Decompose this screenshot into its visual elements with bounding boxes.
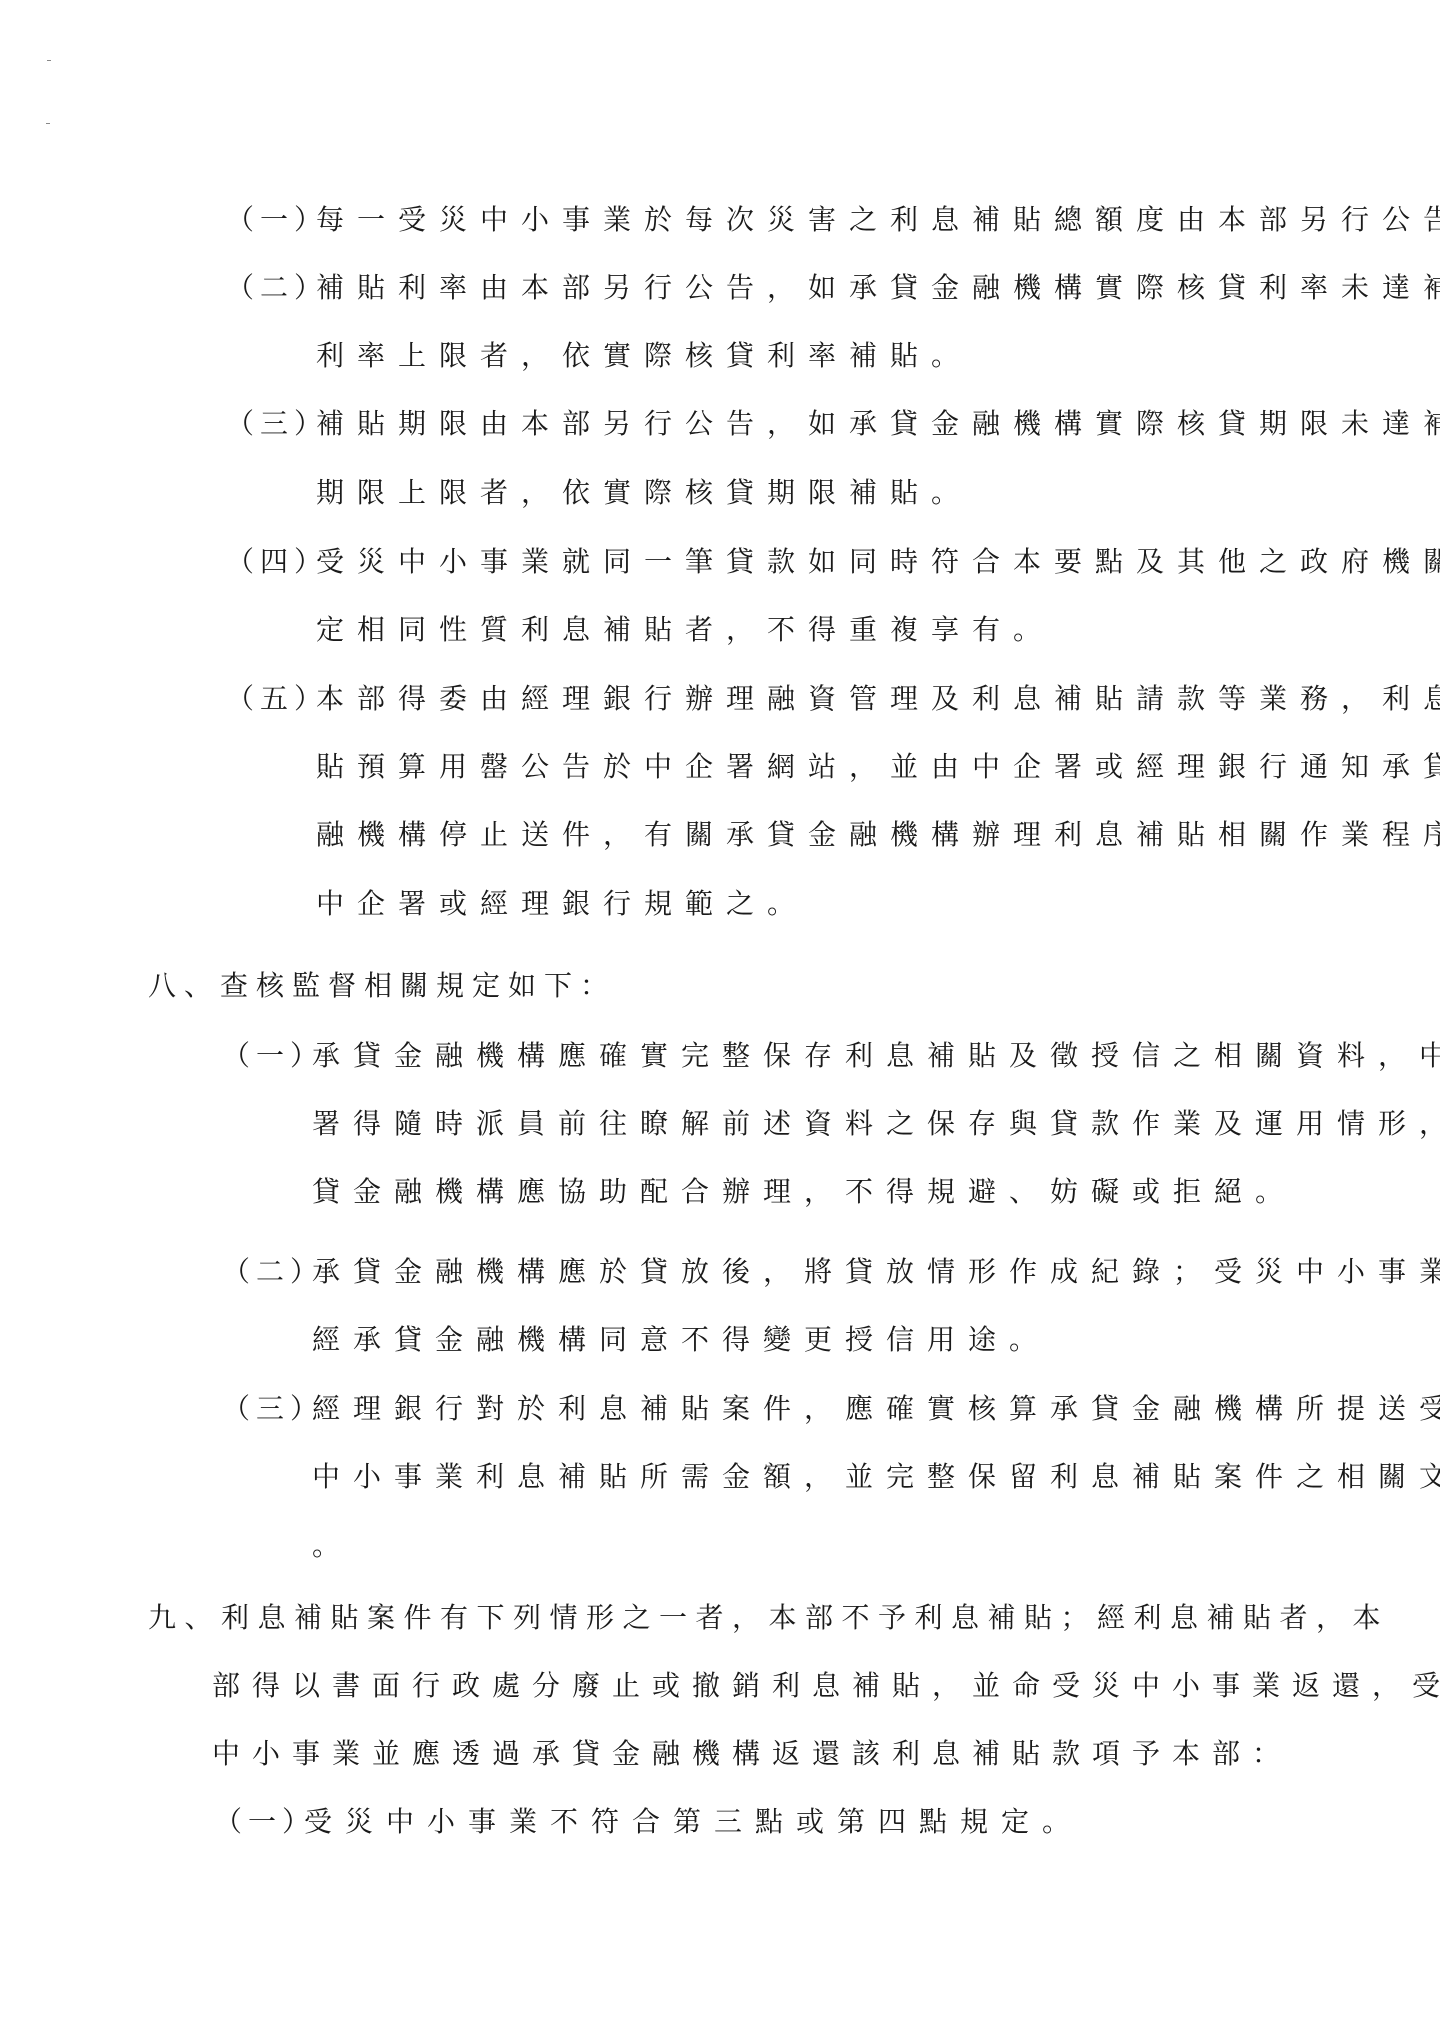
item-label: （二） xyxy=(222,1252,324,1292)
item-text: 受災中小事業不符合第三點或第四點規定。 xyxy=(304,1802,1083,1842)
item-text: 利率上限者，依實際核貸利率補貼。 xyxy=(316,336,972,376)
item-text: 經理銀行對於利息補貼案件，應確實核算承貸金融機構所提送受災 xyxy=(312,1389,1440,1429)
item-text: 貸金融機構應協助配合辦理，不得規避、妨礙或拒絕。 xyxy=(312,1172,1296,1212)
item-label: （一） xyxy=(226,200,328,240)
item-text: 融機構停止送件，有關承貸金融機構辦理利息補貼相關作業程序由 xyxy=(316,815,1440,855)
section-text: 中小事業並應透過承貸金融機構返還該利息補貼款項予本部： xyxy=(212,1734,1292,1774)
section-text: 部得以書面行政處分廢止或撤銷利息補貼，並命受災中小事業返還，受災 xyxy=(212,1666,1440,1706)
scan-speck-1 xyxy=(47,60,51,61)
item-text: 定相同性質利息補貼者，不得重複享有。 xyxy=(316,610,1054,650)
scan-speck-2 xyxy=(46,123,50,124)
item-text: 受災中小事業就同一筆貸款如同時符合本要點及其他之政府機關所 xyxy=(316,542,1440,582)
item-label: （三） xyxy=(226,404,328,444)
item-text: 補貼利率由本部另行公告，如承貸金融機構實際核貸利率未達補貼 xyxy=(316,268,1440,308)
item-text: 貼預算用罄公告於中企署網站，並由中企署或經理銀行通知承貸金 xyxy=(316,747,1440,787)
item-text: 本部得委由經理銀行辦理融資管理及利息補貼請款等業務，利息補 xyxy=(316,679,1440,719)
section-heading: 八、查核監督相關規定如下： xyxy=(148,966,616,1006)
item-text: 期限上限者，依實際核貸期限補貼。 xyxy=(316,473,972,513)
item-text: 經承貸金融機構同意不得變更授信用途。 xyxy=(312,1320,1050,1360)
item-text: 每一受災中小事業於每次災害之利息補貼總額度由本部另行公告。 xyxy=(316,200,1440,240)
item-text: 。 xyxy=(312,1526,353,1566)
item-text: 承貸金融機構應確實完整保存利息補貼及徵授信之相關資料，中企 xyxy=(312,1036,1440,1076)
item-label: （一） xyxy=(222,1036,324,1076)
item-text: 中企署或經理銀行規範之。 xyxy=(316,884,808,924)
section-heading: 九、利息補貼案件有下列情形之一者，本部不予利息補貼；經利息補貼者，本 xyxy=(148,1598,1389,1638)
item-label: （三） xyxy=(222,1389,324,1429)
item-label: （四） xyxy=(226,542,328,582)
item-label: （二） xyxy=(226,268,328,308)
item-label: （一） xyxy=(214,1802,316,1842)
item-text: 署得隨時派員前往瞭解前述資料之保存與貸款作業及運用情形，承 xyxy=(312,1104,1440,1144)
item-text: 中小事業利息補貼所需金額，並完整保留利息補貼案件之相關文件 xyxy=(312,1457,1440,1497)
item-text: 補貼期限由本部另行公告，如承貸金融機構實際核貸期限未達補貼 xyxy=(316,404,1440,444)
item-label: （五） xyxy=(226,679,328,719)
item-text: 承貸金融機構應於貸放後，將貸放情形作成紀錄；受災中小事業非 xyxy=(312,1252,1440,1292)
